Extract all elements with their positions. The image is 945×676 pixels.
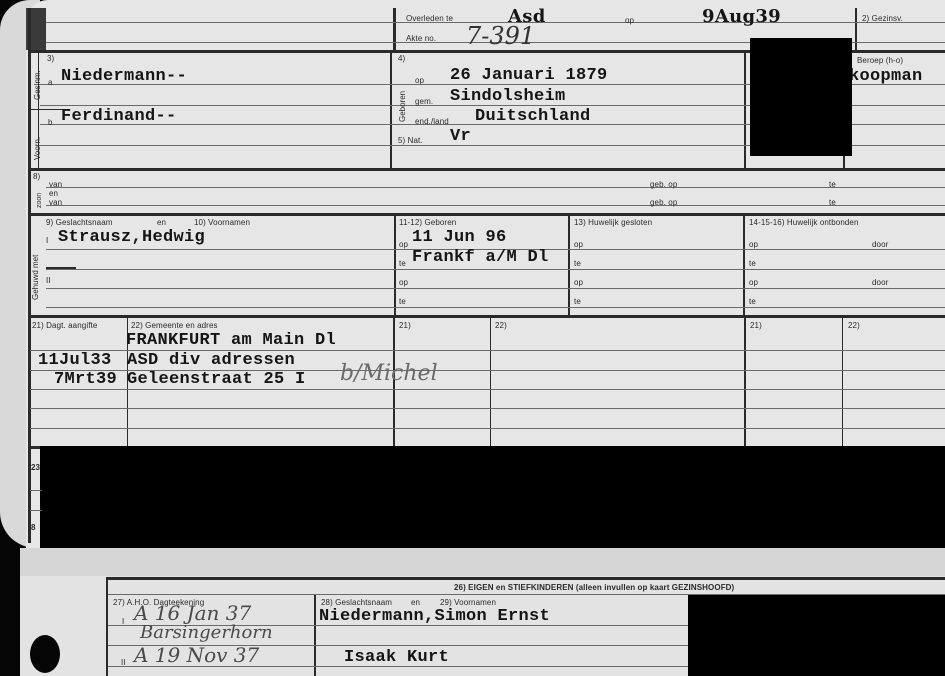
child-2-name: Isaak Kurt [344,648,449,667]
born-side-label: Geboren [398,91,407,122]
birth-date-label: op [415,76,424,85]
father-birth-label: geb. op [650,180,677,189]
address-1: FRANKFURT am Main Dl [126,331,336,350]
col6-label: 22) [848,321,860,330]
child-en-label: en [411,598,420,607]
divider [393,8,396,50]
akte-label: Akte no. [406,34,436,43]
child-2-marker: II [121,658,126,667]
divider [394,215,396,315]
punch-hole [30,635,60,673]
marriage-dissolved-col-label: 14-15-16) Huwelijk ontbonden [749,218,859,227]
given-names-col-label: 10) Voornamen [194,218,250,227]
spouse-2-married-op-label: op [574,278,583,287]
section4-number: 4) [398,54,405,63]
gezinsv-label: 2) Gezinsv. [862,14,903,23]
and-prefix: en [49,189,58,198]
rule [30,490,42,491]
child-1-aho-note: Barsingerhorn [140,622,273,643]
col5-label: 21) [750,321,762,330]
spouse-2-married-te-label: te [574,297,581,306]
overleden-te-label: Overleden te [406,14,453,23]
municipality-address-col-label: 22) Gemeente en adres [131,321,218,330]
divider [842,318,843,446]
spouse-2-dissolved-op-label: op [749,278,758,287]
married-side-label: Gehuwd met [31,255,40,300]
father-birthplace-label: te [829,180,836,189]
row-8-label: 8 [31,523,36,532]
occupation-value: koopman [849,67,923,86]
address-3-date: 7Mrt39 [54,370,117,389]
spouse-1-born-op-label: op [399,240,408,249]
divider [743,215,745,315]
redaction-block [40,446,945,550]
spouse-1-marker: I [46,236,48,245]
col4-label: 22) [495,321,507,330]
rule [46,187,945,188]
surname-col-label: 9) Geslachtsnaam [46,218,113,227]
spouse-1-born-te-label: te [399,259,406,268]
rule [30,510,42,511]
child-surname-col-label: 28) Geslachtsnaam [321,598,392,607]
spouse-2-dissolved-door-label: door [872,278,888,287]
spouse-1-dissolved-op-label: op [749,240,758,249]
row-b-marker: b [48,118,53,127]
birth-date-value: 26 Januari 1879 [450,66,608,85]
rule [46,267,76,269]
marriage-closed-col-label: 13) Huwelijk gesloten [574,218,652,227]
row-23-label: 23 [31,463,40,472]
child-2-aho-date: A 19 Nov 37 [134,643,259,667]
spouse-1-birth-date: 11 Jun 96 [412,228,507,247]
address-3: Geleenstraat 25 I [127,370,306,389]
col3-label: 21) [399,321,411,330]
death-date-value: 9Aug39 [702,6,781,27]
divider [568,215,570,315]
spouse-2-born-te-label: te [399,297,406,306]
spouse-2-dissolved-te-label: te [749,297,756,306]
spouse-1-birthplace: Frankf a/M Dl [412,248,549,267]
section-border [106,577,945,580]
rule [28,109,63,110]
rule [30,428,945,429]
spouse-1-married-op-label: op [574,240,583,249]
redaction-photo-area [750,38,852,156]
given-names-value: Ferdinand-- [61,107,177,126]
nationality-label: 5) Nat. [398,136,423,145]
en-label: en [157,218,166,227]
mother-birthplace-label: te [829,198,836,207]
spouse-1-name: Strausz,Hedwig [58,228,205,247]
divider [744,50,746,168]
birth-country-label: end./land [415,117,449,126]
given-names-side-label: Voorn. [33,137,42,160]
child-1-marker: I [122,617,124,626]
address-3-handwritten-note: b/Michel [340,361,438,386]
children-heading: 26) EIGEN en STIEFKINDEREN (alleen invul… [454,583,734,592]
address-2: ASD div adressen [127,351,295,370]
redaction-children-block [688,595,945,676]
spouse-2-marker: II [46,276,51,285]
surname-side-label: Geslnm. [33,70,42,100]
mother-birth-label: geb. op [650,198,677,207]
row-a-marker: a [48,78,53,87]
section3-number: 3) [47,54,54,63]
child-given-names-col-label: 29) Voornamen [440,598,496,607]
akte-number-handwritten: 7-391 [466,22,535,50]
birth-municipality-value: Sindolsheim [450,87,566,106]
spouse-1-dissolved-te-label: te [749,259,756,268]
divider [744,318,746,446]
birth-country-value: Duitschland [475,107,591,126]
divider [314,595,316,676]
rule [30,389,945,390]
rule [46,205,945,206]
registration-date-col-label: 21) Dagt. aangifte [32,321,97,330]
nationality-value: Vr [450,127,471,146]
rule [30,408,945,409]
son-side-label: zoon [36,193,43,208]
section8-number: 8) [33,172,40,181]
section-border [28,315,945,318]
birth-municipality-label: gem. [415,97,433,106]
rule [46,269,945,270]
rule [46,307,945,308]
spouse-1-dissolved-door-label: door [872,240,888,249]
death-date-op-label: op [625,16,634,25]
divider [490,318,491,446]
child-1-name: Niedermann,Simon Ernst [319,607,550,626]
rule [46,288,945,289]
divider [106,577,108,676]
section-border [28,168,945,171]
born-col-label: 11-12) Geboren [399,218,456,227]
spouse-1-married-te-label: te [574,259,581,268]
divider [855,8,857,50]
spouse-2-born-op-label: op [399,278,408,287]
surname-value: Niedermann-- [61,67,187,86]
second-card-top-strip [20,548,945,576]
address-2-date: 11Jul33 [38,351,112,370]
section-border [28,213,945,216]
divider [390,50,392,168]
occupation-label: Beroep (h-o) [857,56,903,65]
